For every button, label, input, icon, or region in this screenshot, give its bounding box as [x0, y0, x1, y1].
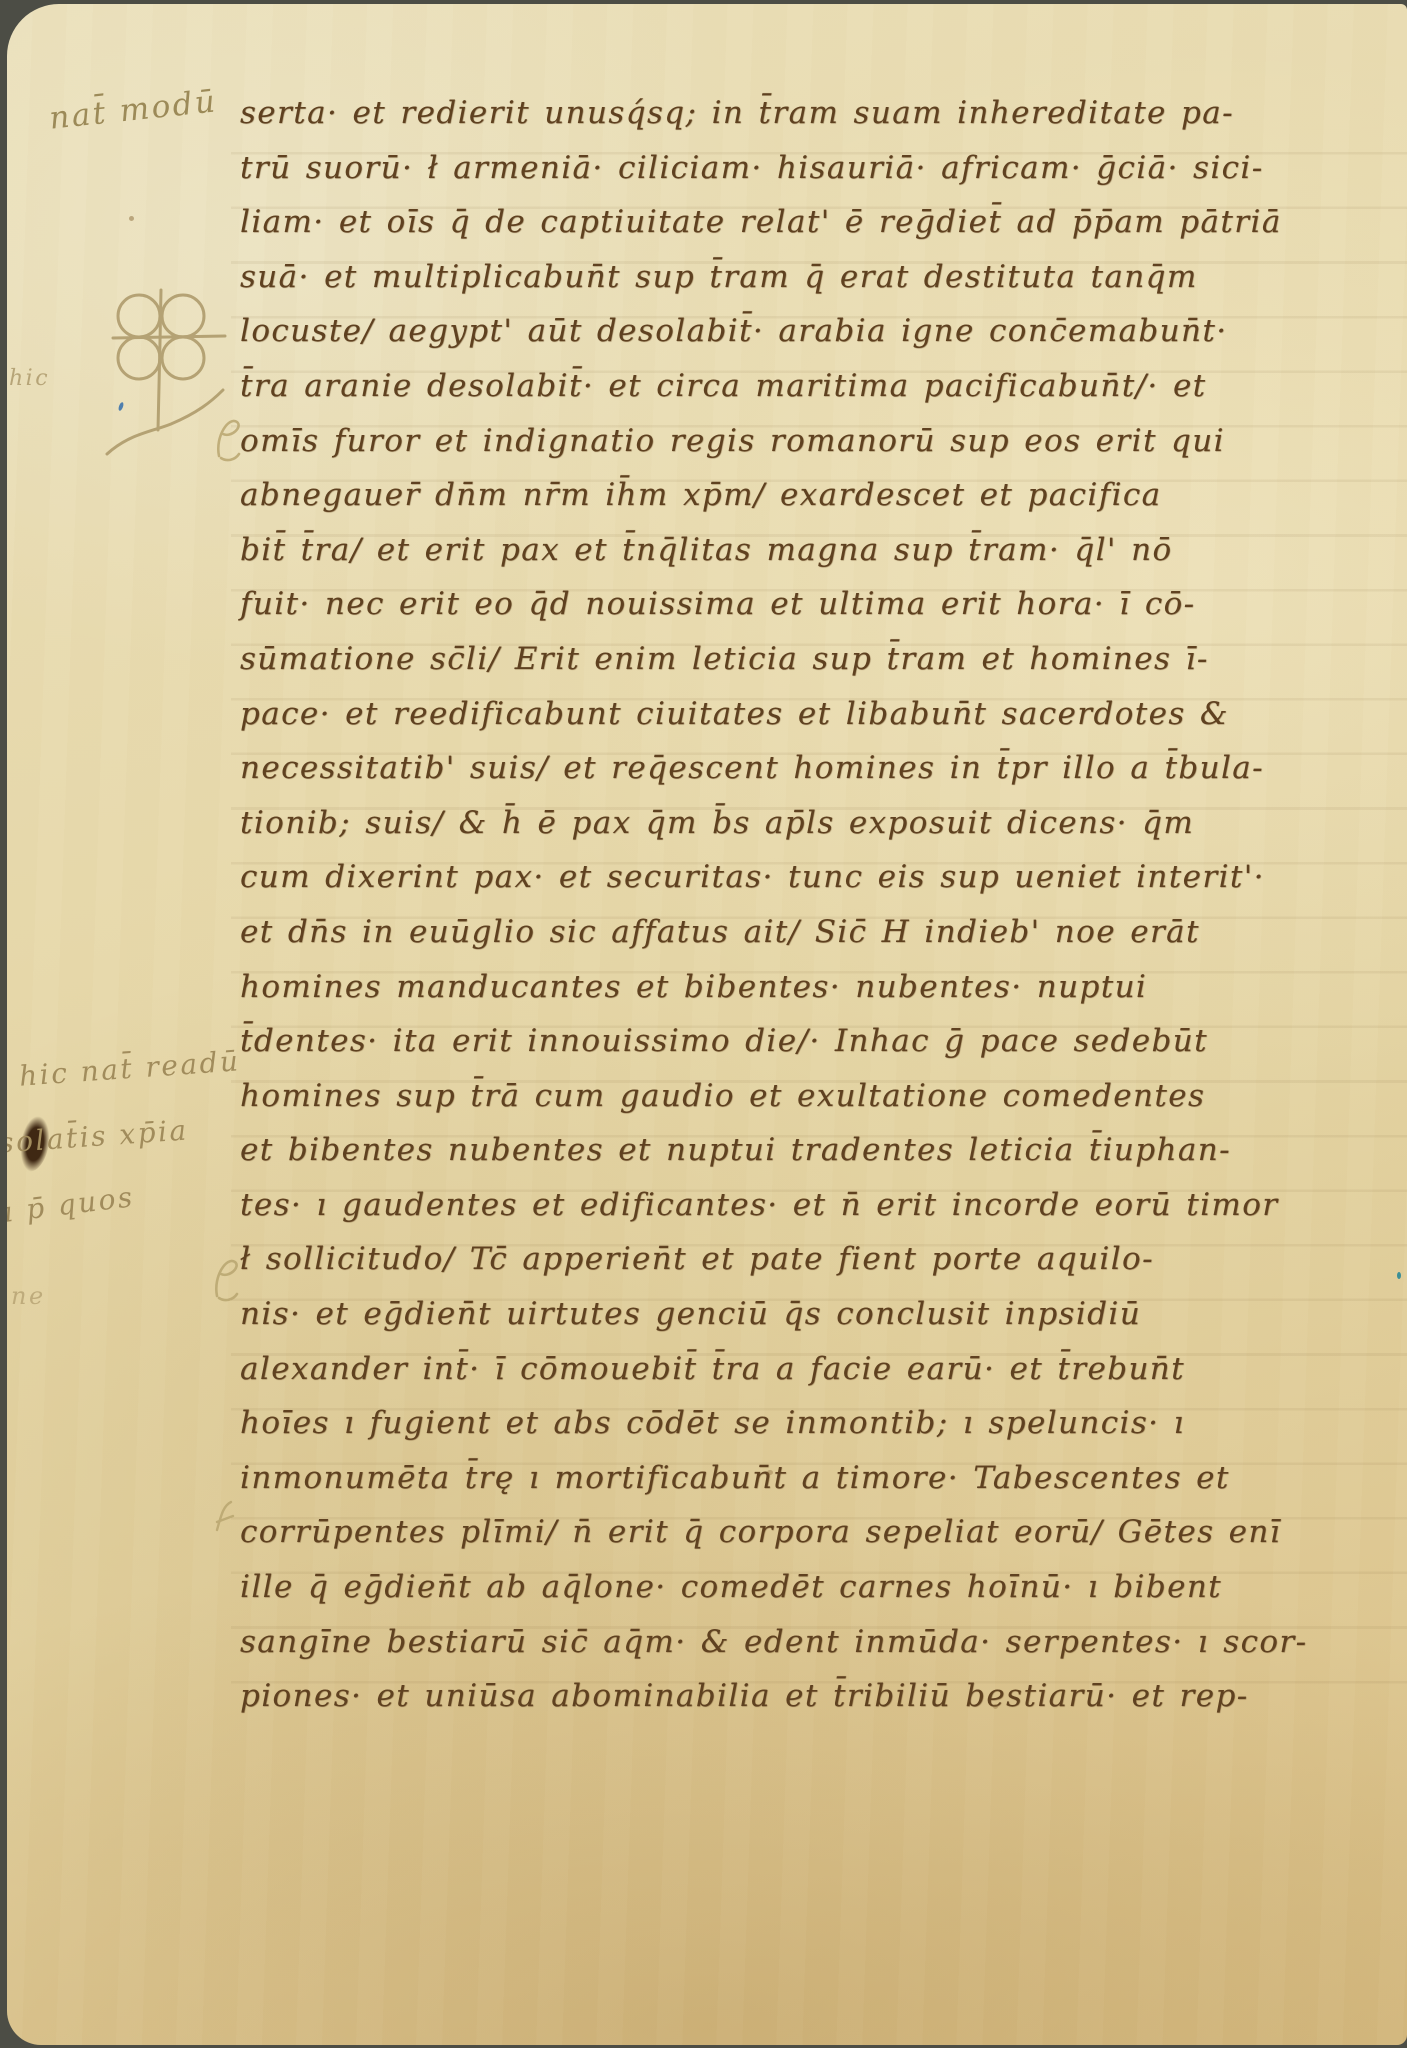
text-line: et bibentes nubentes et nuptui tradentes…: [240, 1123, 1407, 1178]
text-line: cum dixerint pax· et securitas· tunc eis…: [240, 850, 1407, 905]
text-line: piones· et uniūsa abominabilia et t̄ribi…: [240, 1669, 1407, 1724]
top-margin-note: nat̄ modū: [48, 83, 219, 136]
text-line: inmonumēta t̄rę ı mortificabun̄t a timor…: [240, 1451, 1407, 1506]
hic-margin-note: hic: [9, 366, 50, 391]
text-line: homines manducantes et bibentes· nubente…: [240, 960, 1407, 1015]
interline-mark-1: [213, 412, 243, 464]
text-line: trū suorū· ł armeniā· ciliciam· hisauriā…: [240, 141, 1407, 196]
side-note-1: hic nat̄ readū: [18, 1044, 241, 1092]
text-line: liam· et oīs q̄ de captiuitate relat' ē …: [240, 195, 1407, 250]
text-line: necessitatib' suis/ et req̄escent homine…: [240, 741, 1407, 796]
brown-speck-3: [993, 1704, 998, 1709]
interline-mark-2: [211, 1252, 241, 1304]
manuscript-page: serta· et redierit unusq́sq; in t̄ram su…: [7, 4, 1407, 2045]
ne-margin-note: ne: [11, 1282, 46, 1310]
text-lines: serta· et redierit unusq́sq; in t̄ram su…: [240, 86, 1407, 1724]
interline-mark-3: [211, 1496, 239, 1536]
photograph-background: serta· et redierit unusq́sq; in t̄ram su…: [0, 0, 1407, 2048]
text-line: abnegauer̄ dn̄m nr̄m ih̄m xp̄m/ exardesc…: [240, 468, 1407, 523]
text-line: omīs furor et indignatio regis romanorū …: [240, 414, 1407, 469]
text-line: hoīes ı fugient et abs cōdēt se inmontib…: [240, 1396, 1407, 1451]
text-line: alexander int̄· ī cōmouebit̄ t̄ra a faci…: [240, 1342, 1407, 1397]
text-line: pace· et reedificabunt ciuitates et liba…: [240, 687, 1407, 742]
text-line: et dn̄s in euūglio sic affatus ait/ Sic̄…: [240, 905, 1407, 960]
text-line: t̄ra aranie desolabit̄· et circa maritim…: [240, 359, 1407, 414]
side-note-3: ı p̄ quos: [7, 1180, 136, 1229]
text-line: corrūpentes plīmi/ n̄ erit q̄ corpora se…: [240, 1505, 1407, 1560]
text-line: tes· ı gaudentes et edificantes· et n̄ e…: [240, 1178, 1407, 1233]
text-line: homines sup t̄rā cum gaudio et exultatio…: [240, 1069, 1407, 1124]
text-line: bit̄ t̄ra/ et erit pax et t̄nq̄litas mag…: [240, 523, 1407, 578]
text-line: serta· et redierit unusq́sq; in t̄ram su…: [240, 86, 1407, 141]
text-block: serta· et redierit unusq́sq; in t̄ram su…: [240, 86, 1407, 1724]
text-line: tionib; suis/ & h̄ ē pax q̄m b̄s ap̄ls e…: [240, 796, 1407, 851]
text-line: sūmatione sc̄li/ Erit enim leticia sup t…: [240, 632, 1407, 687]
text-line: fuit· nec erit eo q̄d nouissima et ultim…: [240, 577, 1407, 632]
brown-speck-1: [129, 216, 134, 221]
text-line: sangīne bestiarū sic̄ aq̄m· & edent inmū…: [240, 1615, 1407, 1670]
text-line: locuste/ aegypt' aūt desolabit̄· arabia …: [240, 304, 1407, 359]
text-line: ł sollicitudo/ Tc̄ apperien̄t et pate fi…: [240, 1232, 1407, 1287]
text-line: t̄dentes· ita erit innouissimo die/· Inh…: [240, 1014, 1407, 1069]
text-line: nis· et eḡdien̄t uirtutes genciū q̄s con…: [240, 1287, 1407, 1342]
teal-speck: [1397, 1272, 1401, 1279]
text-line: suā· et multiplicabun̄t sup t̄ram q̄ era…: [240, 250, 1407, 305]
text-line: ille q̄ eḡdien̄t ab aq̄lone· comedēt car…: [240, 1560, 1407, 1615]
brown-speck-2: [767, 1470, 773, 1475]
